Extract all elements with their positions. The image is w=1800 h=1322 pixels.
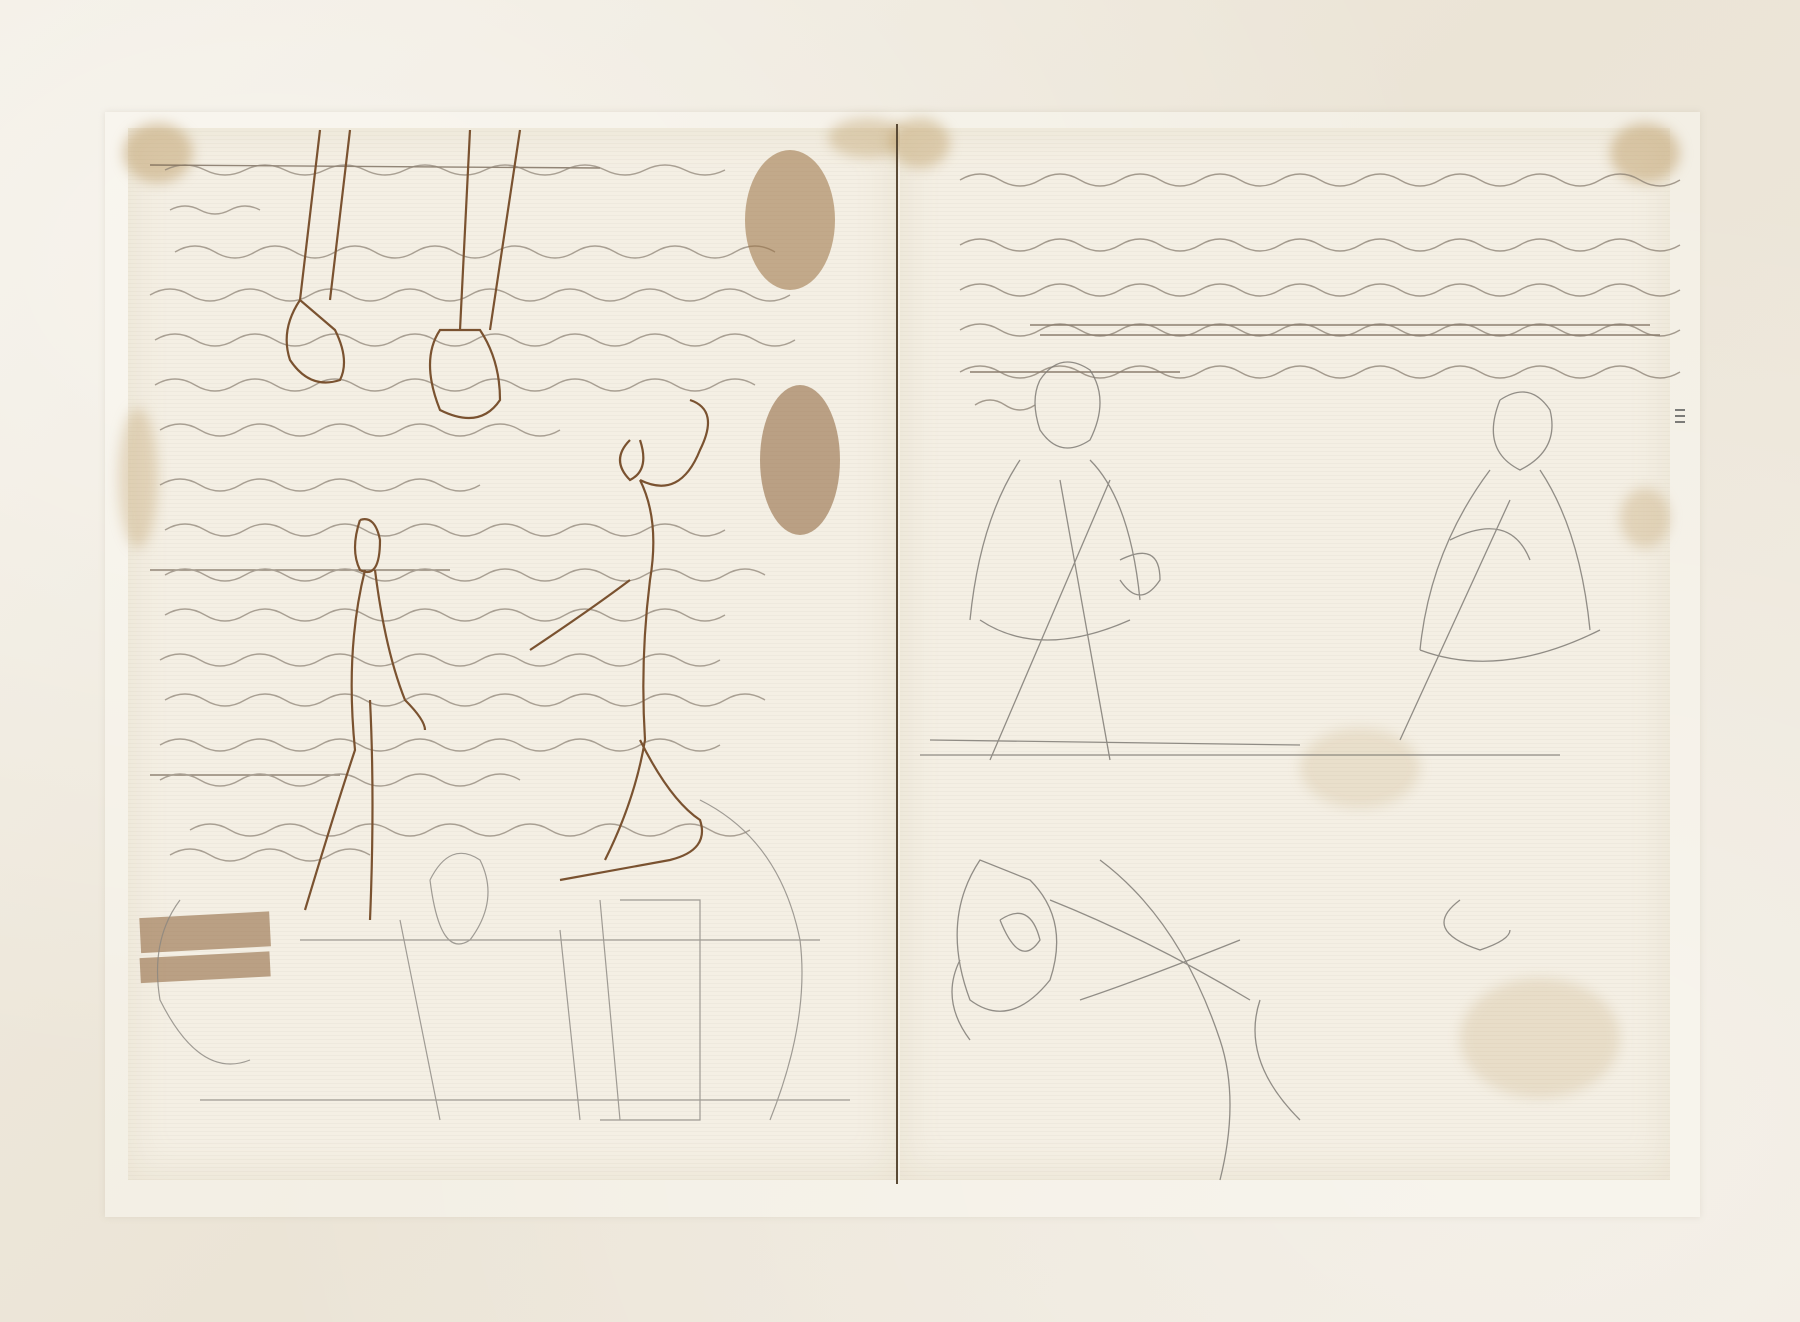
nude-figure [530, 400, 708, 880]
left-page-handwriting [150, 165, 795, 861]
right-page-handwriting [960, 174, 1680, 410]
margin-mark-III [1675, 410, 1685, 422]
leg-left [287, 130, 350, 383]
lower-figure-group [952, 860, 1510, 1180]
sketches-layer [0, 0, 1800, 1322]
seated-figure-1 [970, 362, 1160, 760]
small-figure [305, 519, 425, 920]
seated-figure-2 [1400, 392, 1600, 740]
ground-line [920, 740, 1560, 755]
right-page-graphite-sketches [920, 362, 1600, 1180]
